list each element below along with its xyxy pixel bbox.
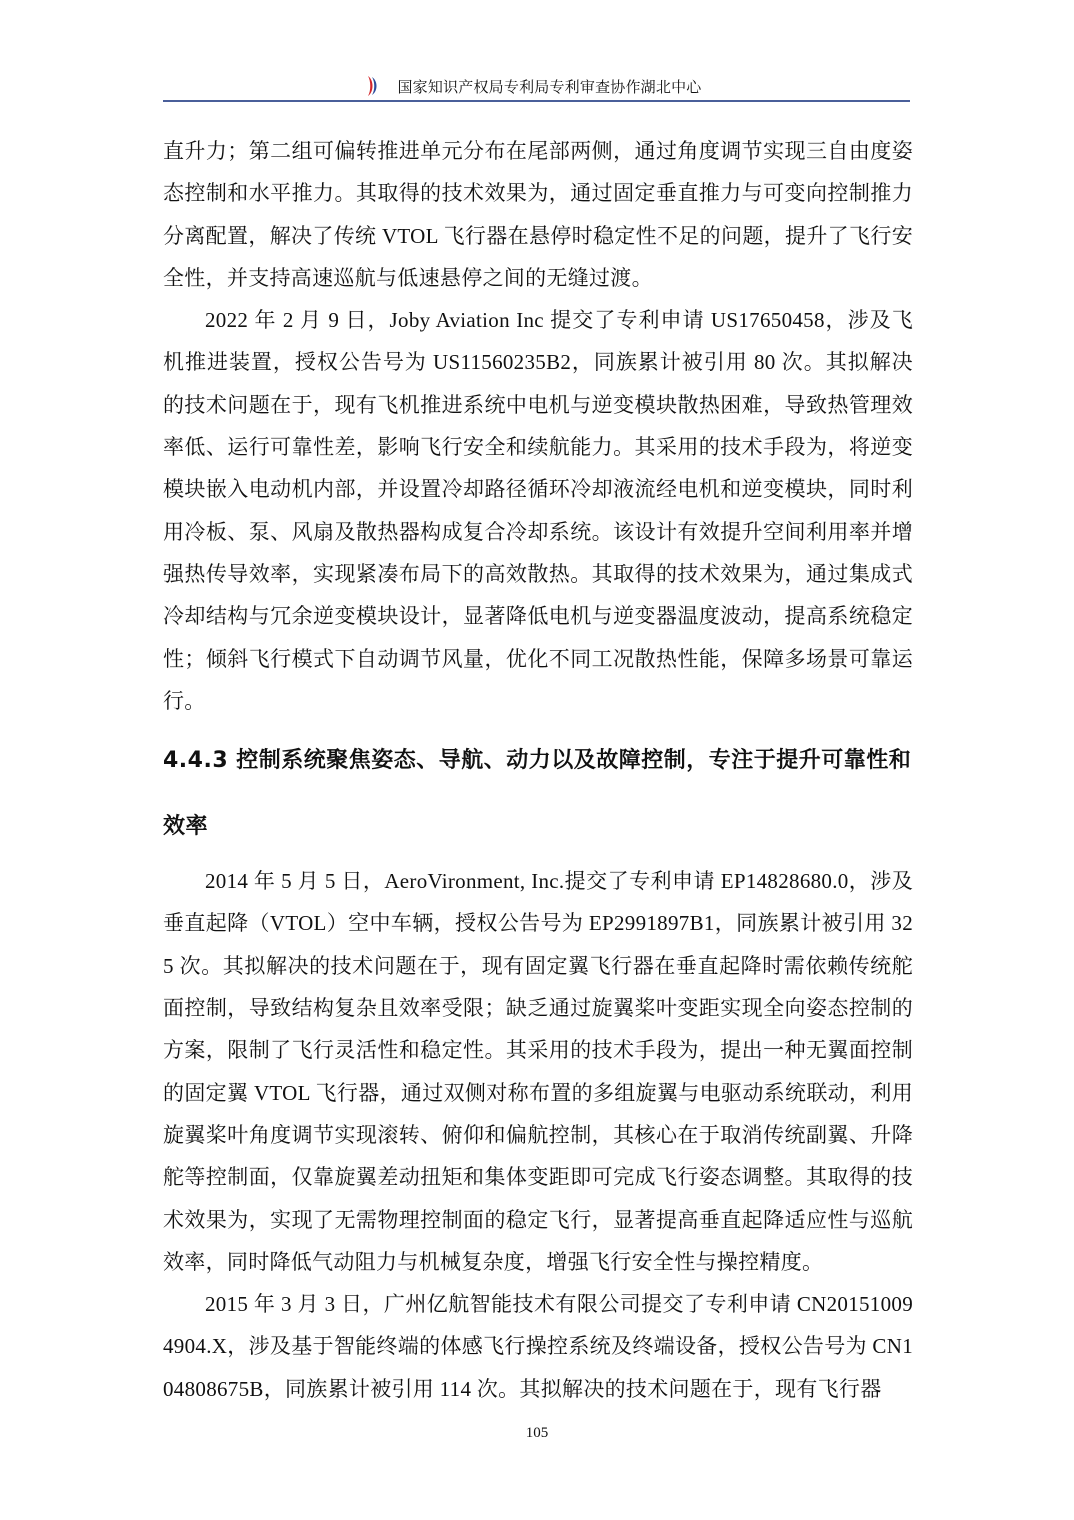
body-paragraph: 2022 年 2 月 9 日，Joby Aviation Inc 提交了专利申请… [163, 299, 913, 722]
page-number: 105 [0, 1425, 1074, 1442]
body-paragraph: 2015 年 3 月 3 日，广州亿航智能技术有限公司提交了专利申请 CN201… [163, 1283, 913, 1410]
body-paragraph: 2014 年 5 月 5 日，AeroVironment, Inc.提交了专利申… [163, 860, 913, 1283]
body-paragraph: 直升力；第二组可偏转推进单元分布在尾部两侧，通过角度调节实现三自由度姿态控制和水… [163, 130, 913, 299]
page-header: 国家知识产权局专利局专利审查协作湖北中心 [163, 72, 910, 102]
header-title: 国家知识产权局专利局专利审查协作湖北中心 [397, 76, 701, 97]
section-heading: 4.4.3 控制系统聚焦姿态、导航、动力以及故障控制，专注于提升可靠性和效率 [163, 728, 913, 860]
cnipa-logo-icon [365, 75, 379, 97]
header-inner: 国家知识产权局专利局专利审查协作湖北中心 [163, 72, 910, 100]
page-content: 直升力；第二组可偏转推进单元分布在尾部两侧，通过角度调节实现三自由度姿态控制和水… [163, 130, 913, 1410]
header-rule [163, 100, 910, 102]
